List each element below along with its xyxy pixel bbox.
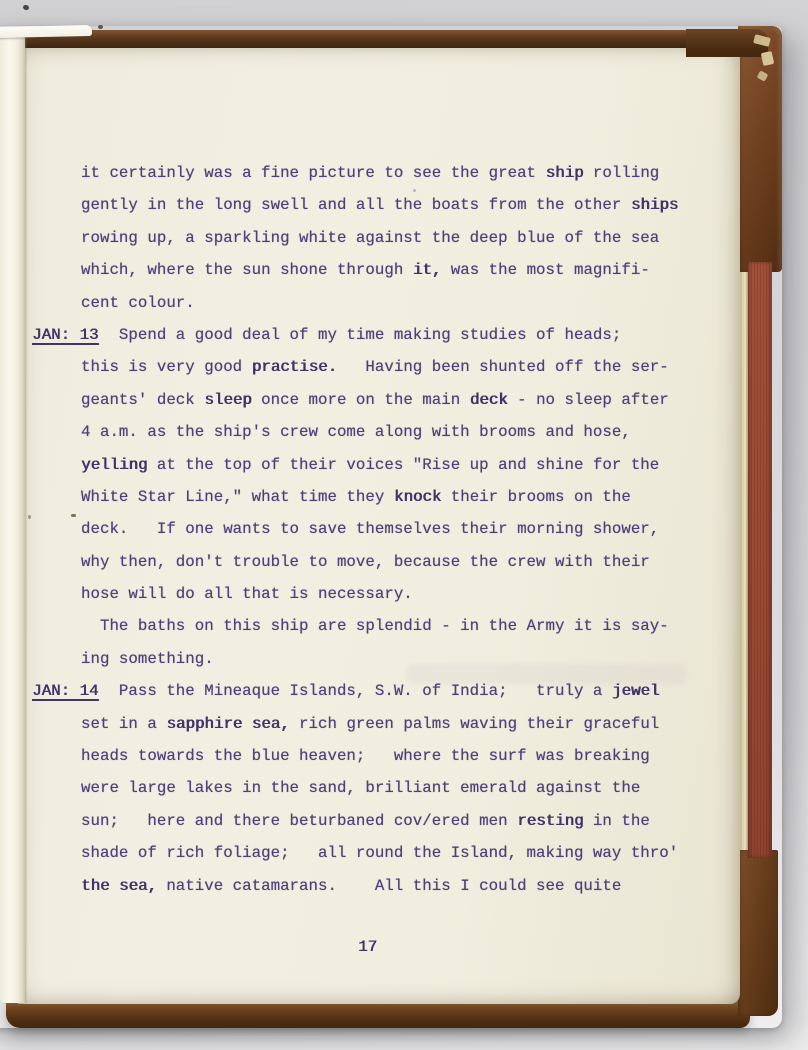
diary-entry-first-line: JAN: 13 Spend a good deal of my time mak… [81,319,678,351]
typed-text: Having been shunted off the ser- [337,358,669,376]
typed-text: geants' deck [81,391,204,409]
typed-text: rich green palms waving their graceful [290,715,660,733]
typed-text: Pass the Mineaque Islands, S.W. of India… [81,682,612,700]
backdrop-speck [22,4,29,11]
diary-text-line: White Star Line," what time they knock t… [81,481,678,513]
diary-text-line: sun; here and there beturbaned cov/ered … [81,805,678,837]
typed-text: rowing up, a sparkling white against the… [81,229,659,247]
page-curl-top-highlight [0,25,92,38]
typed-text: it certainly was a fine picture to see t… [81,164,546,182]
diary-text-line: set in a sapphire sea, rich green palms … [81,708,678,740]
typed-text-block: it certainly was a fine picture to see t… [81,157,678,902]
leather-corner-top [738,26,782,272]
diary-book: it certainly was a fine picture to see t… [0,26,782,1028]
overstruck-word: jewel [612,682,659,700]
typed-text: in the [583,812,649,830]
diary-text-line: gently in the long swell and all the boa… [81,189,678,221]
diary-text-line: The baths on this ship are splendid - in… [81,610,678,642]
overstruck-word: ship [546,164,584,182]
diary-text-line: rowing up, a sparkling white against the… [81,222,678,254]
typed-text: The baths on this ship are splendid - in… [81,617,669,635]
page-number: 17 [358,931,377,963]
typed-text: at the top of their voices "Rise up and … [147,456,659,474]
overstruck-word: it, [413,261,441,279]
typed-text: their brooms on the [441,488,631,506]
typed-text: which, where the sun shone through [81,261,413,279]
red-cloth-cover-edge [748,262,772,858]
leather-corner-bottom [738,850,778,1016]
typed-text: were large lakes in the sand, brilliant … [81,779,640,797]
ink-speck [28,515,31,519]
typed-text: White Star Line," what time they [81,488,394,506]
left-page-curl [0,31,25,1003]
diary-text-line: heads towards the blue heaven; where the… [81,740,678,772]
diary-text-line: which, where the sun shone through it, w… [81,254,678,286]
overstruck-word: resting [517,812,583,830]
typed-text: deck. If one wants to save themselves th… [81,520,659,538]
book-top-page-block-edge [14,30,750,48]
typed-text: ing something. [81,650,214,668]
typed-text: rolling [583,164,659,182]
diary-text-line: this is very good practise. Having been … [81,351,678,383]
overstruck-word: sleep [204,391,251,409]
ink-speck [71,514,76,517]
typed-text: why then, don't trouble to move, because… [81,553,650,571]
typed-text: cent colour. [81,294,195,312]
diary-text-line: yelling at the top of their voices "Rise… [81,449,678,481]
ink-speck [413,189,416,192]
typed-text: native catamarans. All this I could see … [157,877,622,895]
overstruck-word: the sea, [81,877,157,895]
diary-entry-first-line: JAN: 14 Pass the Mineaque Islands, S.W. … [81,675,678,707]
typed-text: 4 a.m. as the ship's crew come along wit… [81,423,631,441]
book-bottom-cover-edge [6,1000,750,1028]
diary-text-line: deck. If one wants to save themselves th… [81,513,678,545]
typed-text: sun; here and there beturbaned cov/ered … [81,812,517,830]
overstruck-word: yelling [81,456,147,474]
overstruck-word: deck [470,391,508,409]
typed-text: - no sleep after [508,391,669,409]
typed-text: once more on the main [252,391,470,409]
diary-text-line: the sea, native catamarans. All this I c… [81,870,678,902]
typed-text: set in a [81,715,166,733]
typed-text: hose will do all that is necessary. [81,585,413,603]
entry-date-heading: JAN: 14 [32,675,98,707]
photo-backdrop: it certainly was a fine picture to see t… [0,0,808,1050]
typed-text: shade of rich foliage; all round the Isl… [81,844,678,862]
overstruck-word: practise. [252,358,337,376]
diary-text-line: cent colour. [81,287,678,319]
diary-text-line: it certainly was a fine picture to see t… [81,157,678,189]
diary-text-line: were large lakes in the sand, brilliant … [81,772,678,804]
diary-text-line: why then, don't trouble to move, because… [81,546,678,578]
frayed-leather-bit [761,51,774,66]
typed-text: heads towards the blue heaven; where the… [81,747,650,765]
overstruck-word: ships [631,196,678,214]
diary-text-line: shade of rich foliage; all round the Isl… [81,837,678,869]
entry-date-heading: JAN: 13 [32,319,98,351]
typed-text: was the most magnifi- [441,261,650,279]
typed-text: gently in the long swell and all the boa… [81,196,631,214]
typed-text: Spend a good deal of my time making stud… [81,326,621,344]
diary-text-line: geants' deck sleep once more on the main… [81,384,678,416]
overstruck-word: knock [394,488,441,506]
typed-text: this is very good [81,358,252,376]
diary-text-line: 4 a.m. as the ship's crew come along wit… [81,416,678,448]
diary-text-line: ing something. [81,643,678,675]
overstruck-word: sapphire sea, [166,715,289,733]
diary-text-line: hose will do all that is necessary. [81,578,678,610]
diary-page: it certainly was a fine picture to see t… [18,44,740,1004]
